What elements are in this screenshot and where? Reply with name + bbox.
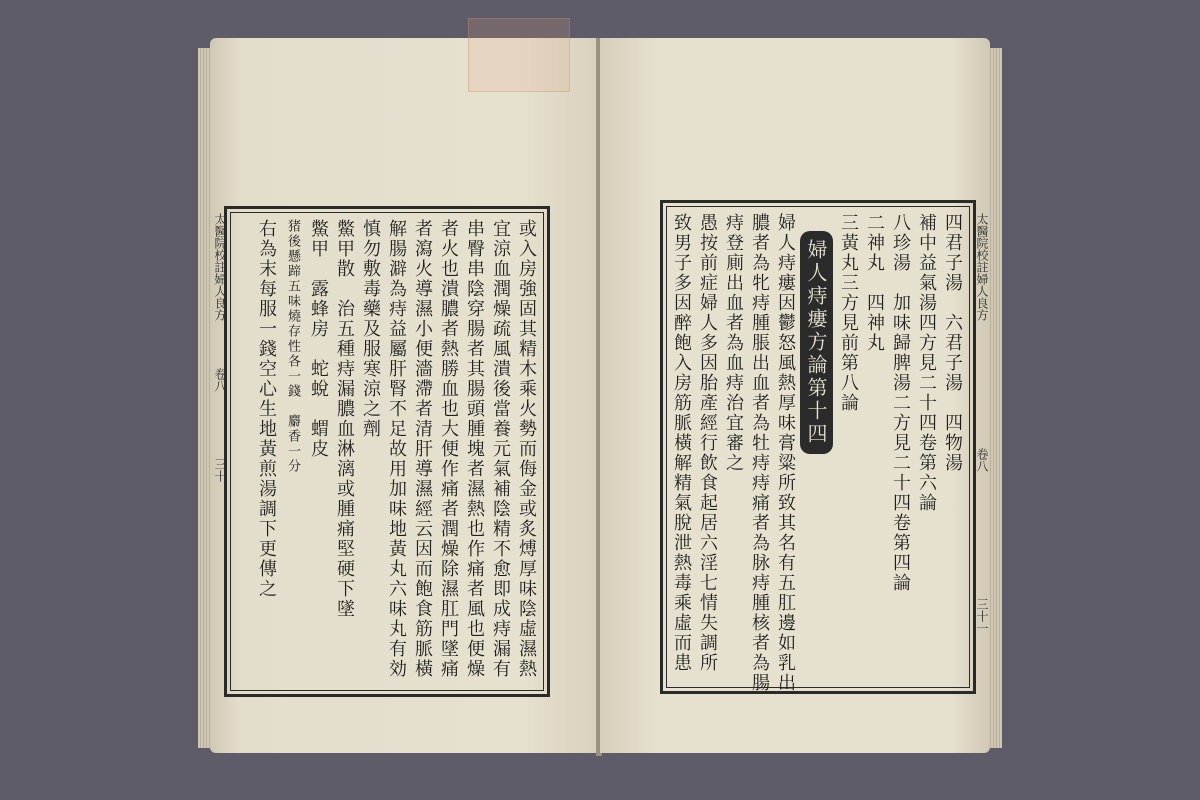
text-column: 解腸澼為痔益屬肝腎不足故用加味地黃丸六味丸有効 — [385, 219, 407, 684]
left-text-frame: 或入房強固其精木乘火勢而侮金或炙煿厚味陰虛濕熱 宜涼血潤燥疏風潰後當養元氣補陰精… — [224, 206, 550, 697]
open-book: 或入房強固其精木乘火勢而侮金或炙煿厚味陰虛濕熱 宜涼血潤燥疏風潰後當養元氣補陰精… — [210, 38, 1000, 758]
left-page: 或入房強固其精木乘火勢而侮金或炙煿厚味陰虛濕熱 宜涼血潤燥疏風潰後當養元氣補陰精… — [210, 38, 598, 753]
text-column: 慎勿敷毒藥及服寒涼之劑 — [359, 219, 381, 684]
text-column: 右為末每服一錢空心生地黃煎湯調下更傳之 — [255, 219, 277, 684]
right-margin-volume: 卷八 — [974, 448, 991, 472]
left-margin-page: 三十 — [212, 458, 229, 482]
text-column: 痔登廁出血者為血痔治宜審之 — [722, 213, 744, 681]
text-column: 鱉甲 露蜂房 蛇蛻 蝟皮 — [307, 219, 329, 684]
text-column: 補中益氣湯四方見二十四卷第六論 — [915, 213, 937, 681]
right-margin-page: 三十一 — [974, 598, 991, 634]
text-column: 膿者為牝痔腫脹出血者為牡痔痔痛者為脉痔腫核者為腸 — [748, 213, 770, 681]
right-text-frame: 四君子湯 六君子湯 四物湯 補中益氣湯四方見二十四卷第六論 八珍湯 加味歸脾湯二… — [660, 200, 976, 694]
text-column: 者瀉火導濕小便濇滯者清肝導濕經云因而飽食筋脈橫 — [411, 219, 433, 684]
text-column: 二神丸 四神丸 — [863, 213, 885, 681]
text-column: 八珍湯 加味歸脾湯二方見二十四卷第四論 — [889, 213, 911, 681]
right-page: 四君子湯 六君子湯 四物湯 補中益氣湯四方見二十四卷第六論 八珍湯 加味歸脾湯二… — [600, 38, 990, 753]
text-column: 鱉甲散 治五種痔漏膿血淋漓或腫痛堅硬下墜 — [333, 219, 355, 684]
section-title-label: 婦人痔瘻方論第十四 — [800, 231, 833, 454]
left-margin-volume: 卷八 — [212, 368, 229, 392]
left-margin-title: 太醫院校註婦人良方 — [212, 213, 229, 321]
text-column: 三黃丸三方見前第八論 — [837, 213, 859, 681]
seal-stamp — [468, 18, 570, 92]
text-column: 或入房強固其精木乘火勢而侮金或炙煿厚味陰虛濕熱 — [515, 219, 537, 684]
text-column: 四君子湯 六君子湯 四物湯 — [941, 213, 963, 681]
text-column: 串臀串陰穿腸者其腸頭腫塊者濕熱也作痛者風也便燥 — [463, 219, 485, 684]
text-column: 致男子多因醉飽入房筋脈橫解精氣脫泄熱毒乘虛而患 — [670, 213, 692, 681]
text-column: 者火也潰膿者熱勝血也大便作痛者潤燥除濕肛門墜痛 — [437, 219, 459, 684]
page-edges-right — [988, 48, 1002, 748]
text-column: 婦人痔瘻因鬱怒風熱厚味膏粱所致其名有五肛邊如乳出 — [774, 213, 796, 681]
text-column: 宜涼血潤燥疏風潰後當養元氣補陰精不愈即成痔漏有 — [489, 219, 511, 684]
text-column: 愚按前症婦人多因胎產經行飲食起居六淫七情失調所 — [696, 213, 718, 681]
right-margin-title: 太醫院校註婦人良方 — [974, 213, 991, 321]
text-column: 猪後懸蹄五味燒存性各一錢 麝香一分 — [281, 219, 303, 684]
